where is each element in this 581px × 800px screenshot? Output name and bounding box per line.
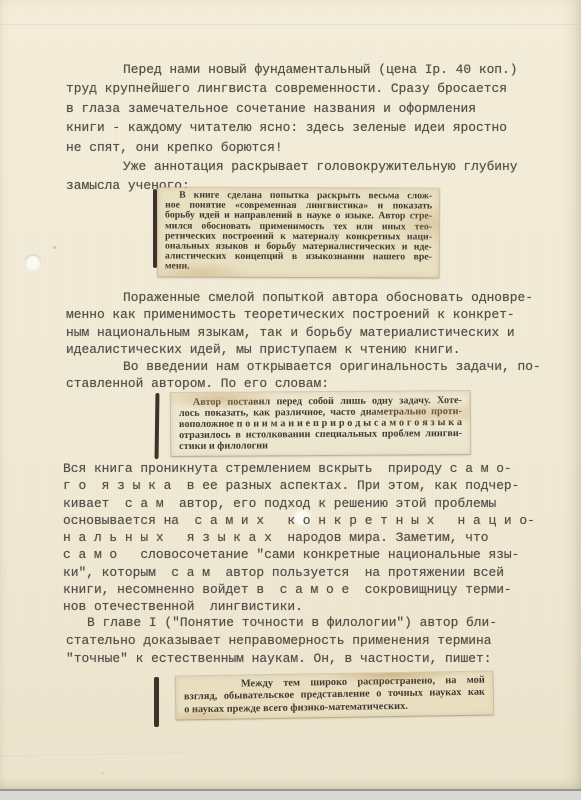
typed-line: идеалистических идей, мы приступаем к чт… <box>66 341 541 358</box>
typed-line: кивает с а м автор, его подход к решению… <box>63 495 535 512</box>
paper-speck <box>53 246 56 249</box>
paper-crease-bottom <box>0 752 190 757</box>
typed-line: В главе I ("Понятие точности в филологии… <box>66 614 497 632</box>
typed-line: г о я з ы к а в ее разных аспектах. При … <box>63 477 535 494</box>
document-scan: Перед нами новый фундаментальный (цена I… <box>0 0 581 800</box>
typed-line: ным национальным языкам, так и борьбу ма… <box>66 324 541 341</box>
typed-line: Перед нами новый фундаментальный (цена I… <box>66 60 518 79</box>
typed-line: Уже аннотация раскрывает головокружитель… <box>66 157 518 176</box>
pasted-clipping-annotation: В книге сделана попытка раскрыть весьма … <box>158 188 439 278</box>
commentary-paragraph: Пораженные смелой попыткой автора обосно… <box>66 289 541 393</box>
typed-line: стательно доказывает неправомерность при… <box>66 632 497 650</box>
punch-hole <box>25 254 41 270</box>
clipping-line: мени. <box>165 262 432 273</box>
typed-line: книги - каждому читателю ясно: здесь зел… <box>66 118 518 137</box>
typed-line: н а л ь н ы х я з ы к а х народов мира. … <box>63 529 535 546</box>
analysis-paragraph: Вся книга проникнута стремлением вскрыть… <box>63 460 535 616</box>
typed-line: менно как применимость теоретических пос… <box>66 306 541 323</box>
clipping-line: алистических концепций в языкознании наш… <box>165 252 432 263</box>
typed-line: ки", которым с а м автор пользуется на п… <box>63 564 535 581</box>
intro-paragraph: Перед нами новый фундаментальный (цена I… <box>66 60 518 196</box>
typed-line: Вся книга проникнута стремлением вскрыть… <box>63 460 535 477</box>
typed-line: основывается на с а м и х к о н к р е т … <box>63 512 535 529</box>
typed-line: книги, несомненно войдет в с а м о е сок… <box>63 581 535 598</box>
quote-marker-bar-3 <box>154 677 159 727</box>
paper-crease-top <box>0 24 581 26</box>
typed-line: с а м о словосочетание "сами конкретные … <box>63 546 535 563</box>
pasted-clipping-author-task: Автор поставил перед собой лишь одну зад… <box>171 391 470 456</box>
typed-line: "точные" к естественным наукам. Он, в ча… <box>66 650 497 668</box>
typed-line: в глаза замечательное сочетание названия… <box>66 99 518 118</box>
typed-line: Пораженные смелой попыткой автора обосно… <box>66 289 541 306</box>
quote-marker-bar-1 <box>153 189 157 268</box>
typed-line: Во введении нам открывается оригинальнос… <box>66 358 541 375</box>
quote-marker-bar-2 <box>155 393 160 459</box>
paper-sheet: Перед нами новый фундаментальный (цена I… <box>0 0 581 791</box>
pasted-clipping-exact-sciences: Между тем широко распространено, на мойв… <box>176 672 494 720</box>
paper-speck <box>101 772 104 774</box>
clipping-line: отразилось в истолковании специальных пр… <box>179 428 462 441</box>
typed-line: не спят, они крепко борются! <box>66 138 518 157</box>
chapter-one-paragraph: В главе I ("Понятие точности в филологии… <box>66 614 497 667</box>
scanner-background <box>0 791 581 800</box>
clipping-line: стики и филологии <box>179 439 462 452</box>
typed-line: труд крупнейшего лингвиста современности… <box>66 79 518 98</box>
